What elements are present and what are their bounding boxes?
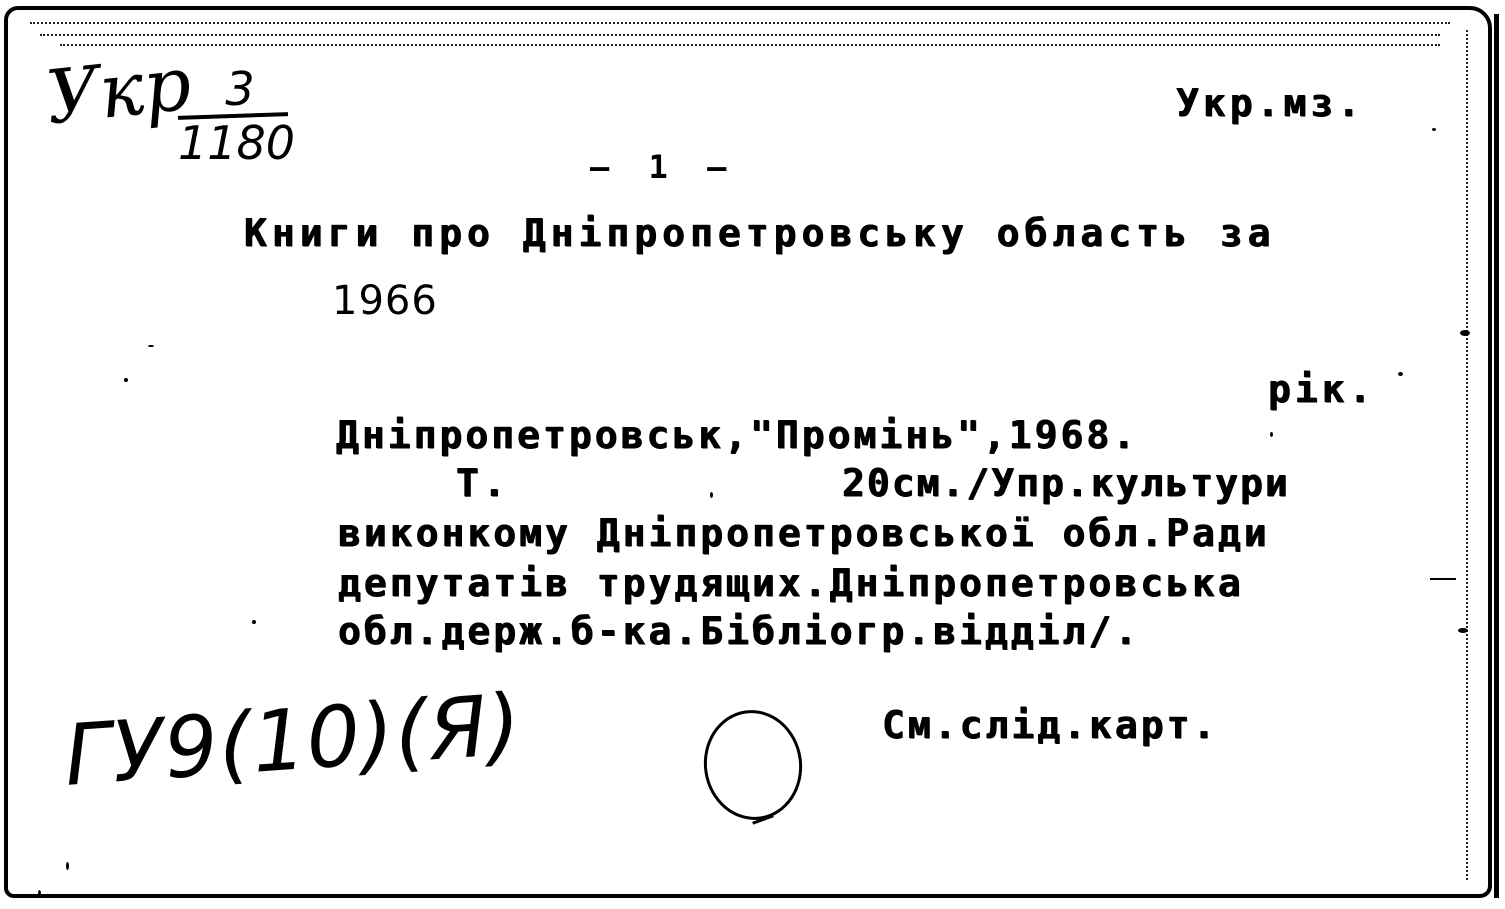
fraction-denominator: 1180: [178, 120, 288, 166]
body-line-4: обл.держ.б-ка.Бібліогр.відділ/.: [338, 612, 1140, 650]
handwritten-shelf-fraction: 3 1180: [178, 66, 288, 166]
top-edge-dots-2: [40, 34, 1440, 36]
scan-speck: [1398, 372, 1403, 376]
volume-marker: Т.: [456, 464, 510, 502]
handwritten-year: 1966: [332, 278, 438, 324]
scan-speck: [124, 378, 128, 382]
handwritten-shelf-mark: Укр: [43, 47, 195, 136]
right-edge-dots: [1466, 30, 1468, 880]
language-note: Укр.мз.: [1176, 84, 1364, 122]
see-next-card-note: См.слід.карт.: [882, 706, 1218, 744]
card-edge-shadow: [1494, 14, 1499, 898]
top-edge-dots-1: [30, 22, 1450, 24]
scan-speck: [710, 492, 713, 498]
imprint-line: Дніпропетровськ,"Промінь",1968.: [336, 416, 1138, 454]
body-line-3: депутатів трудящих.Дніпропетровська: [338, 564, 1244, 602]
scan-speck: [252, 620, 256, 624]
scan-speck: [38, 890, 41, 898]
scan-speck: [1430, 578, 1456, 580]
card-number: — 1 —: [590, 148, 736, 186]
title-line-1: Книги про Дніпропетровську область за: [244, 214, 1275, 252]
top-edge-dots-3: [60, 44, 1440, 46]
body-line-2: виконкому Дніпропетровської обл.Ради: [338, 514, 1270, 552]
scan-speck: [1432, 128, 1436, 131]
scan-speck: [1458, 628, 1468, 633]
title-line-2: рік.: [1268, 370, 1376, 408]
scan-speck: [66, 862, 69, 870]
scan-speck: [1270, 432, 1273, 437]
size-and-body-line: 20см./Упр.культури: [842, 464, 1290, 502]
fraction-numerator: 3: [192, 66, 288, 112]
scan-speck: [1460, 330, 1470, 336]
scan-speck: [148, 345, 154, 347]
